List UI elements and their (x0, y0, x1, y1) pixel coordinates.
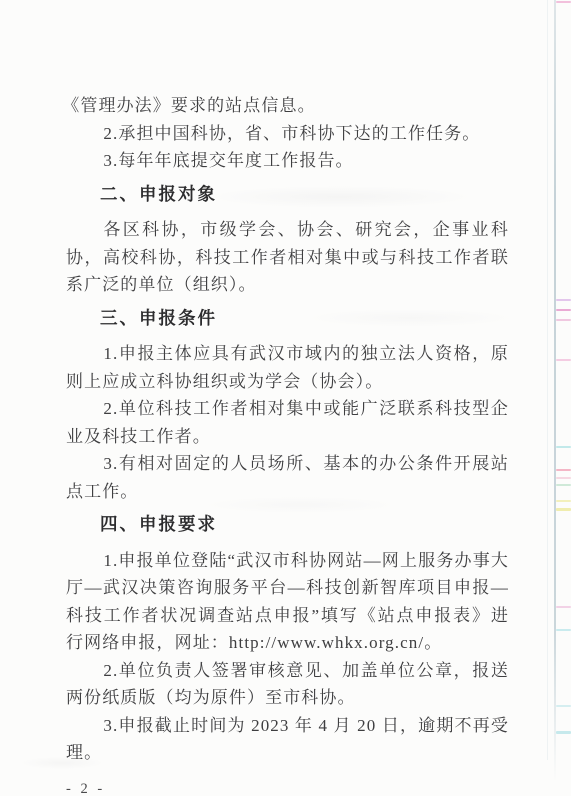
scan-color-mark (556, 500, 571, 502)
scan-color-mark (556, 469, 571, 471)
paragraph: 2.单位负责人签署审核意见、加盖单位公章，报送两份纸质版（均为原件）至市科协。 (66, 657, 509, 712)
paragraph: 1.申报单位登陆“武汉市科协网站—网上服务办事大厅—武汉决策咨询服务平台—科技创… (66, 547, 509, 657)
paragraph: 3.每年年底提交年度工作报告。 (66, 147, 509, 175)
document-body: 《管理办法》要求的站点信息。2.承担中国科协，省、市科协下达的工作任务。3.每年… (66, 92, 509, 767)
page-number: - 2 - (66, 781, 509, 796)
paragraph: 3.有相对固定的人员场所、基本的办公条件开展站点工作。 (66, 450, 509, 505)
scan-color-mark (556, 629, 571, 631)
scan-color-mark (556, 731, 571, 734)
scan-color-mark (556, 319, 571, 321)
scan-edge-marks (556, 0, 571, 796)
scanned-document-page: 《管理办法》要求的站点信息。2.承担中国科协，省、市科协下达的工作任务。3.每年… (0, 0, 571, 796)
scan-color-mark (556, 359, 571, 361)
paragraph: 1.申报主体应具有武汉市域内的独立法人资格，原则上应成立科协组织或为学会（协会）… (66, 340, 509, 395)
section-heading: 四、申报要求 (100, 511, 509, 539)
paragraph: 《管理办法》要求的站点信息。 (66, 92, 509, 120)
scan-color-mark (556, 508, 571, 511)
scan-color-mark (556, 446, 571, 448)
scan-color-mark (556, 299, 571, 301)
section-heading: 二、申报对象 (100, 181, 509, 209)
scan-color-mark (556, 309, 571, 311)
paragraph: 2.承担中国科协，省、市科协下达的工作任务。 (66, 120, 509, 148)
scan-color-mark (556, 705, 571, 707)
section-heading: 三、申报条件 (100, 305, 509, 333)
paragraph: 各区科协，市级学会、协会、研究会，企事业科协，高校科协，科技工作者相对集中或与科… (66, 216, 509, 299)
scan-color-mark (556, 1, 571, 3)
paragraph: 3.申报截止时间为 2023 年 4 月 20 日，逾期不再受理。 (66, 712, 509, 767)
scan-color-mark (556, 606, 571, 608)
scan-page-edge-shadow (547, 0, 548, 760)
scan-color-mark (556, 484, 571, 486)
document-text-block: 《管理办法》要求的站点信息。2.承担中国科协，省、市科协下达的工作任务。3.每年… (66, 92, 509, 796)
scan-color-mark (556, 477, 571, 479)
paragraph: 2.单位科技工作者相对集中或能广泛联系科技型企业及科技工作者。 (66, 395, 509, 450)
